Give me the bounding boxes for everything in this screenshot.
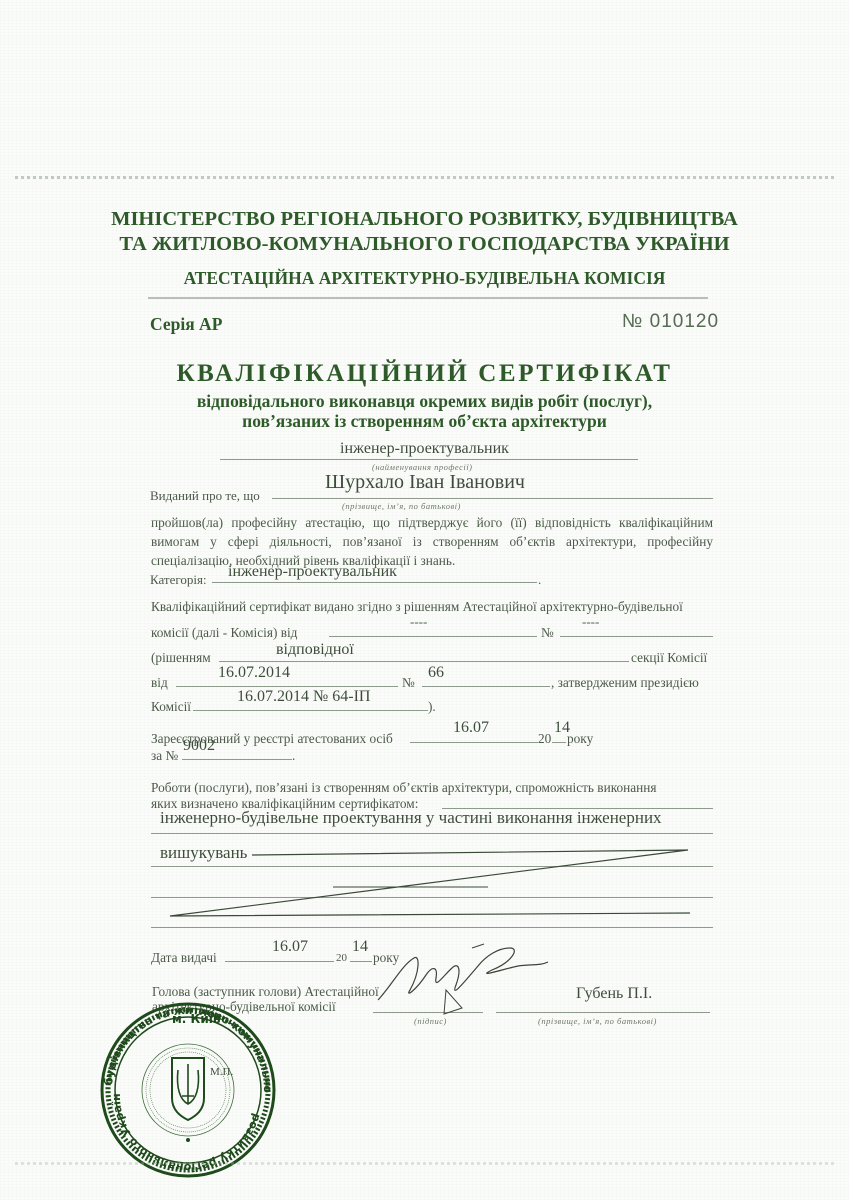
svg-text:будівництва та житлово-комунал: будівництва та житлово-комунального госп… [0, 0, 274, 1093]
svg-text:розвитку регіонального України: розвитку регіонального України [0, 0, 264, 1174]
official-stamp: будівництва та житлово-комунального госп… [0, 0, 849, 1200]
scan-artifact-bottom [15, 1162, 835, 1165]
stamp-mp-label: М.П. [210, 1066, 233, 1078]
stamp-city: м. Київ [172, 1012, 220, 1026]
